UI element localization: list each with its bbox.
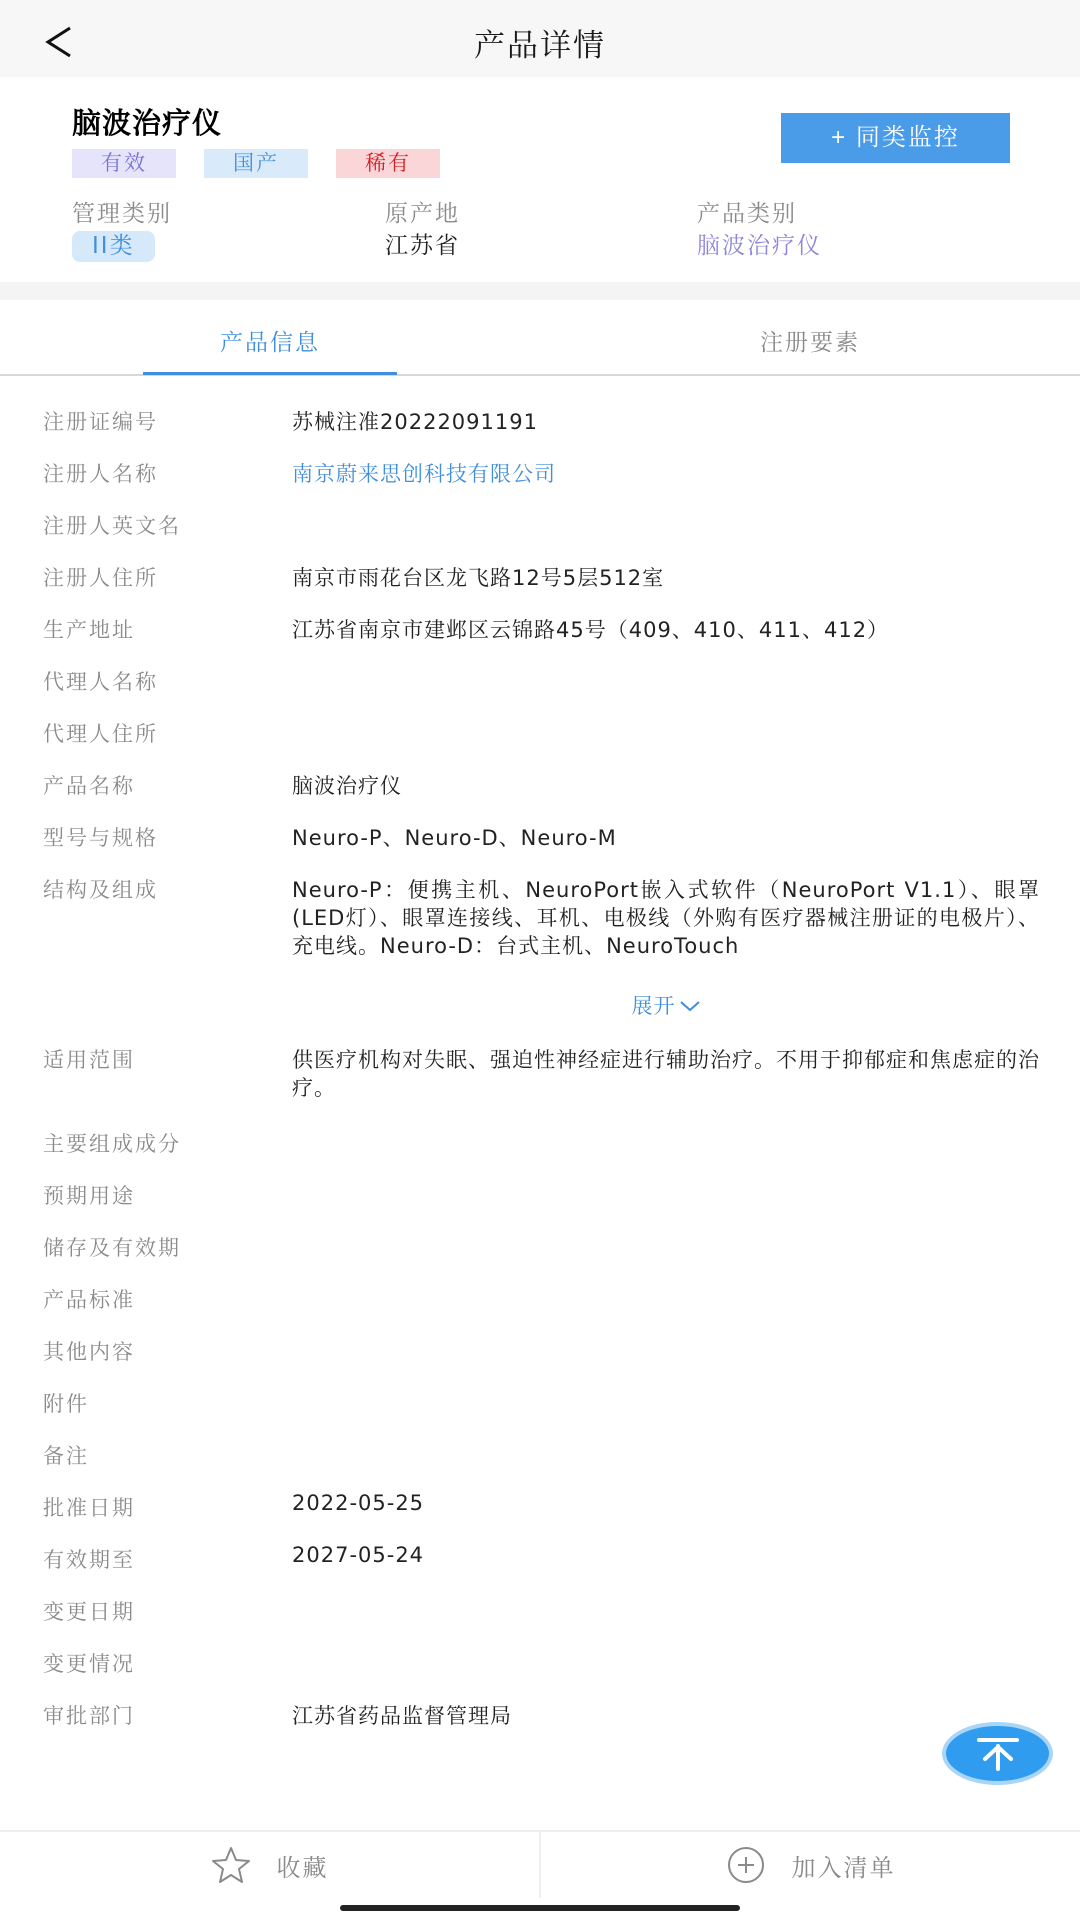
add-to-list-button[interactable]: 加入清单 xyxy=(541,1832,1080,1898)
home-indicator xyxy=(340,1905,740,1911)
meta-product-category: 产品类别 脑波治疗仪 xyxy=(697,199,822,261)
field-row-attachment: 附件 xyxy=(0,1374,1080,1426)
expand-button[interactable]: 展开 xyxy=(292,992,1040,1030)
field-row-remarks: 备注 xyxy=(0,1426,1080,1478)
field-row-registrant: 注册人名称南京蔚来思创科技有限公司 xyxy=(0,444,1080,496)
similar-monitor-button[interactable]: + 同类监控 xyxy=(781,113,1010,163)
field-row-scope: 适用范围供医疗机构对失眠、强迫性神经症进行辅助治疗。不用于抑郁症和焦虑症的治疗。 xyxy=(0,1030,1080,1114)
bottom-action-bar: 收藏 加入清单 xyxy=(0,1830,1080,1898)
star-icon xyxy=(211,1846,251,1884)
meta-label: 管理类别 xyxy=(72,199,172,229)
tab-product-info[interactable]: 产品信息 xyxy=(0,300,540,374)
back-to-top-button[interactable] xyxy=(942,1722,1053,1785)
registrant-link[interactable]: 南京蔚来思创科技有限公司 xyxy=(292,444,1040,496)
field-row-product-name: 产品名称脑波治疗仪 xyxy=(0,756,1080,808)
field-row-valid-until: 有效期至2027-05-24 xyxy=(0,1530,1080,1582)
field-row-model-spec: 型号与规格Neuro-P、Neuro-D、Neuro-M xyxy=(0,808,1080,860)
meta-value: 江苏省 xyxy=(385,231,460,261)
field-row-cert-no: 注册证编号苏械注准20222091191 xyxy=(0,392,1080,444)
field-row-agent-name: 代理人名称 xyxy=(0,652,1080,704)
status-tag-valid: 有效 xyxy=(72,149,176,178)
field-row-standard: 产品标准 xyxy=(0,1270,1080,1322)
meta-management-class: 管理类别 II类 xyxy=(72,199,172,261)
product-category-link[interactable]: 脑波治疗仪 xyxy=(697,231,822,261)
plus-circle-icon xyxy=(726,1845,766,1885)
chevron-down-icon xyxy=(679,999,701,1013)
arrow-up-to-top-icon xyxy=(975,1737,1021,1771)
field-row-agent-address: 代理人住所 xyxy=(0,704,1080,756)
field-row-production-address: 生产地址江苏省南京市建邺区云锦路45号（409、410、411、412） xyxy=(0,600,1080,652)
product-name: 脑波治疗仪 xyxy=(72,101,222,142)
field-row-registrant-address: 注册人住所南京市雨花台区龙飞路12号5层512室 xyxy=(0,548,1080,600)
meta-origin: 原产地 江苏省 xyxy=(385,199,460,261)
class-badge: II类 xyxy=(72,231,155,262)
active-tab-indicator xyxy=(143,372,397,375)
field-row-registrant-en: 注册人英文名 xyxy=(0,496,1080,548)
field-row-approval-dept: 审批部门江苏省药品监督管理局 xyxy=(0,1686,1080,1738)
field-row-other: 其他内容 xyxy=(0,1322,1080,1374)
field-row-intended-use: 预期用途 xyxy=(0,1166,1080,1218)
field-row-change-status: 变更情况 xyxy=(0,1634,1080,1686)
product-summary-card: 脑波治疗仪 有效 国产 稀有 + 同类监控 管理类别 II类 原产地 江苏省 产… xyxy=(0,77,1080,282)
meta-label: 原产地 xyxy=(385,199,460,229)
origin-tag-domestic: 国产 xyxy=(204,149,308,178)
tab-registration-elements[interactable]: 注册要素 xyxy=(540,300,1080,374)
favorite-button[interactable]: 收藏 xyxy=(0,1832,539,1898)
field-row-structure: 结构及组成 Neuro-P：便携主机、NeuroPort嵌入式软件（NeuroP… xyxy=(0,860,1080,1030)
field-row-approval-date: 批准日期2022-05-25 xyxy=(0,1478,1080,1530)
page-title: 产品详情 xyxy=(0,20,1080,65)
app-header: 产品详情 xyxy=(0,0,1080,77)
section-divider xyxy=(0,282,1080,300)
structure-text: Neuro-P：便携主机、NeuroPort嵌入式软件（NeuroPort V1… xyxy=(292,876,1040,988)
field-row-change-date: 变更日期 xyxy=(0,1582,1080,1634)
tab-bar: 产品信息 注册要素 xyxy=(0,300,1080,376)
meta-label: 产品类别 xyxy=(697,199,822,229)
field-list: 注册证编号苏械注准20222091191 注册人名称南京蔚来思创科技有限公司 注… xyxy=(0,392,1080,1738)
rarity-tag-rare: 稀有 xyxy=(336,149,440,178)
field-row-storage: 储存及有效期 xyxy=(0,1218,1080,1270)
field-row-main-components: 主要组成成分 xyxy=(0,1114,1080,1166)
